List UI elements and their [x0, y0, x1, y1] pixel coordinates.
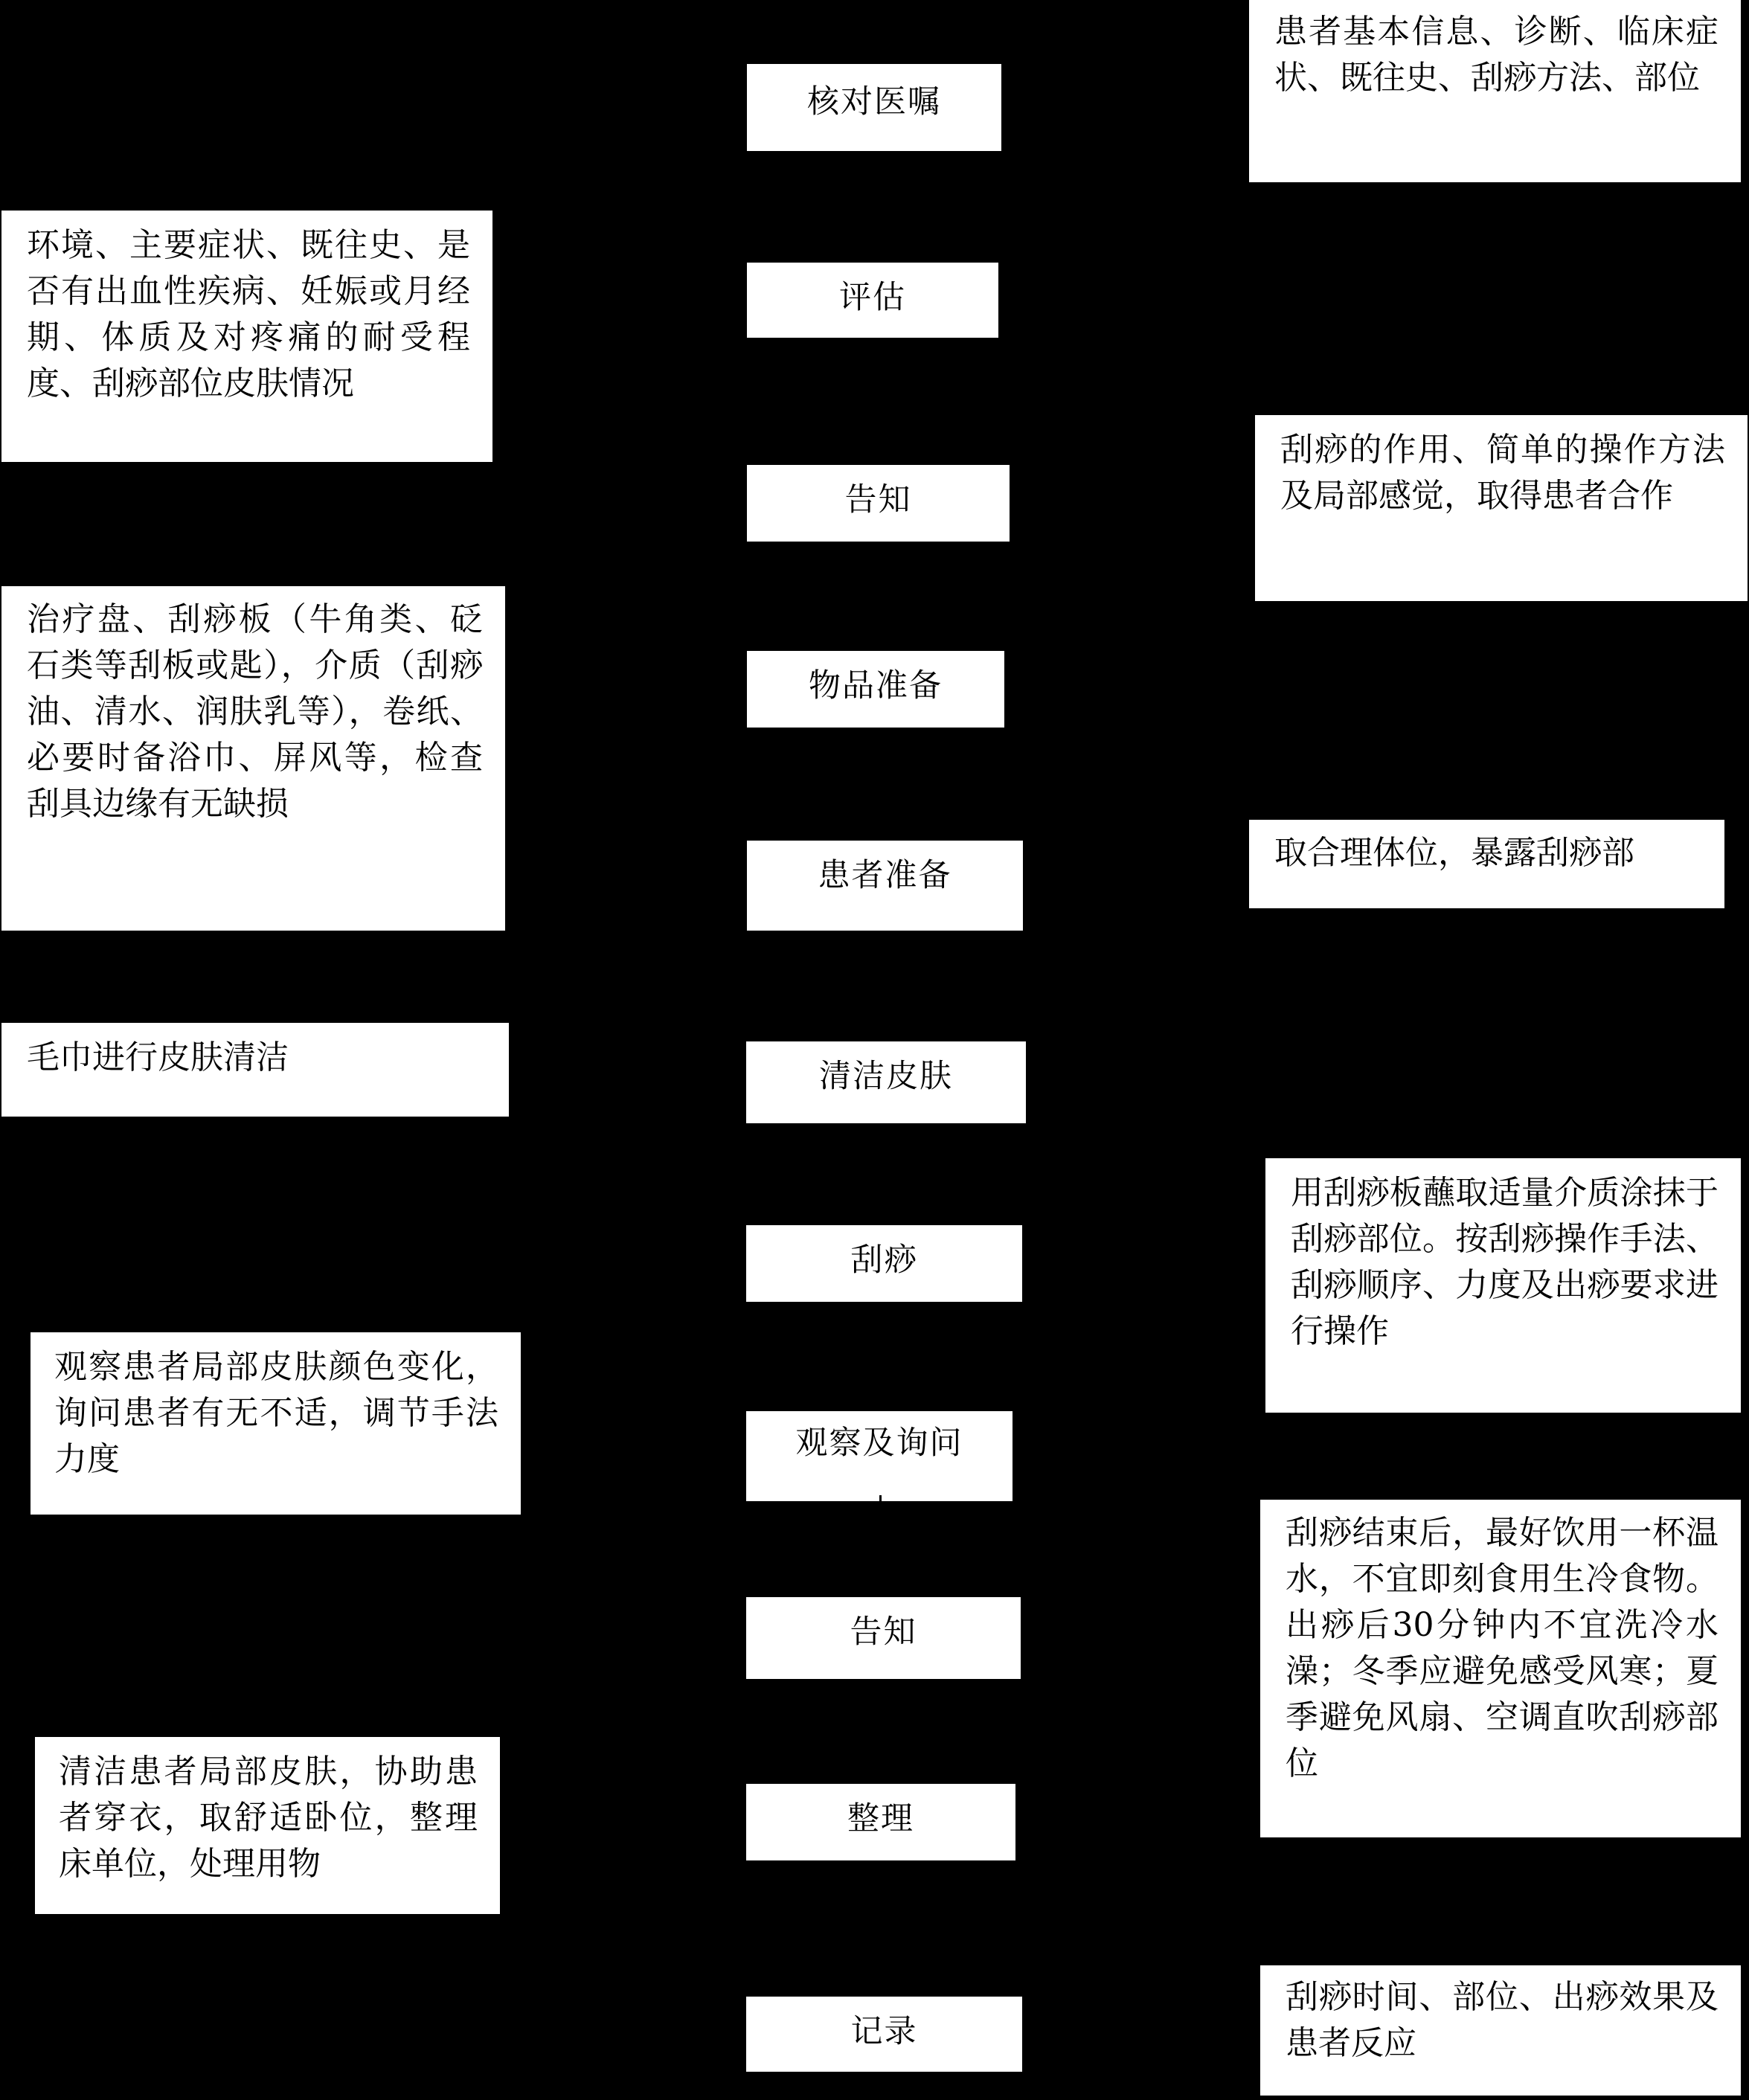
step-label: 核对医嘱 [807, 86, 941, 118]
step-label: 患者准备 [818, 860, 952, 892]
step-inform-after: 告知 [746, 1597, 1021, 1679]
note-text: 观察患者局部皮肤颜色变化，询问患者有无不适，调节手法力度 [54, 1348, 498, 1478]
note-text: 刮痧结束后，最好饮用一杯温水，不宜即刻食用生冷食物。出痧后30分钟内不宜洗冷水澡… [1286, 1514, 1718, 1782]
step-label: 观察及询问 [796, 1428, 963, 1460]
step-label: 清洁皮肤 [819, 1061, 953, 1093]
note-verify-details: 患者基本信息、诊断、临床症状、既往史、刮痧方法、部位 [1249, 0, 1741, 182]
step-label: 物品准备 [809, 670, 943, 702]
note-text: 刮痧的作用、简单的操作方法及局部感觉，取得患者合作 [1280, 431, 1725, 515]
step-observe-inquire: 观察及询问 [746, 1411, 1013, 1501]
step-prepare-patient: 患者准备 [747, 841, 1023, 931]
note-inform-after-details: 刮痧结束后，最好饮用一杯温水，不宜即刻食用生冷食物。出痧后30分钟内不宜洗冷水澡… [1260, 1500, 1741, 1837]
step-label: 整理 [847, 1803, 914, 1835]
step-verify-orders: 核对医嘱 [747, 64, 1001, 151]
note-text: 取合理体位，暴露刮痧部 [1274, 834, 1634, 872]
note-text: 环境、主要症状、既往史、是否有出血性疾病、妊娠或月经期、体质及对疼痛的耐受程度、… [27, 226, 470, 402]
step-label: 记录 [851, 2016, 918, 2048]
note-text: 毛巾进行皮肤清洁 [27, 1038, 289, 1076]
note-text: 清洁患者局部皮肤，协助患者穿衣，取舒适卧位，整理床单位，处理用物 [59, 1753, 478, 1883]
step-label: 刮痧 [851, 1245, 918, 1277]
note-items-details: 治疗盘、刮痧板（牛角类、砭石类等刮板或匙），介质（刮痧油、清水、润肤乳等），卷纸… [1, 586, 505, 931]
note-record-details: 刮痧时间、部位、出痧效果及患者反应 [1260, 1965, 1741, 2096]
step-clean-skin: 清洁皮肤 [746, 1041, 1026, 1123]
step-prepare-items: 物品准备 [747, 651, 1004, 728]
note-text: 治疗盘、刮痧板（牛角类、砭石类等刮板或匙），介质（刮痧油、清水、润肤乳等），卷纸… [27, 600, 483, 823]
clipped-text-fragment [879, 1495, 882, 1501]
note-text: 用刮痧板蘸取适量介质涂抹于刮痧部位。按刮痧操作手法、刮痧顺序、力度及出痧要求进行… [1291, 1174, 1718, 1350]
step-assessment: 评估 [747, 263, 998, 338]
step-label: 告知 [845, 484, 912, 516]
step-inform-before: 告知 [747, 465, 1010, 542]
note-assessment-details: 环境、主要症状、既往史、是否有出血性疾病、妊娠或月经期、体质及对疼痛的耐受程度、… [1, 211, 492, 462]
note-clean-skin-details: 毛巾进行皮肤清洁 [1, 1023, 509, 1117]
note-tidy-details: 清洁患者局部皮肤，协助患者穿衣，取舒适卧位，整理床单位，处理用物 [35, 1737, 500, 1914]
step-label: 评估 [839, 282, 906, 314]
note-observe-details: 观察患者局部皮肤颜色变化，询问患者有无不适，调节手法力度 [31, 1332, 521, 1515]
note-patient-prep-details: 取合理体位，暴露刮痧部 [1249, 820, 1724, 908]
note-inform-before-details: 刮痧的作用、简单的操作方法及局部感觉，取得患者合作 [1255, 415, 1748, 601]
note-text: 患者基本信息、诊断、临床症状、既往史、刮痧方法、部位 [1274, 13, 1718, 97]
step-scraping: 刮痧 [746, 1225, 1022, 1302]
step-label: 告知 [850, 1616, 917, 1648]
step-tidy-up: 整理 [746, 1784, 1015, 1860]
note-text: 刮痧时间、部位、出痧效果及患者反应 [1286, 1978, 1718, 2062]
step-record: 记录 [746, 1997, 1022, 2072]
note-scraping-details: 用刮痧板蘸取适量介质涂抹于刮痧部位。按刮痧操作手法、刮痧顺序、力度及出痧要求进行… [1265, 1158, 1741, 1413]
